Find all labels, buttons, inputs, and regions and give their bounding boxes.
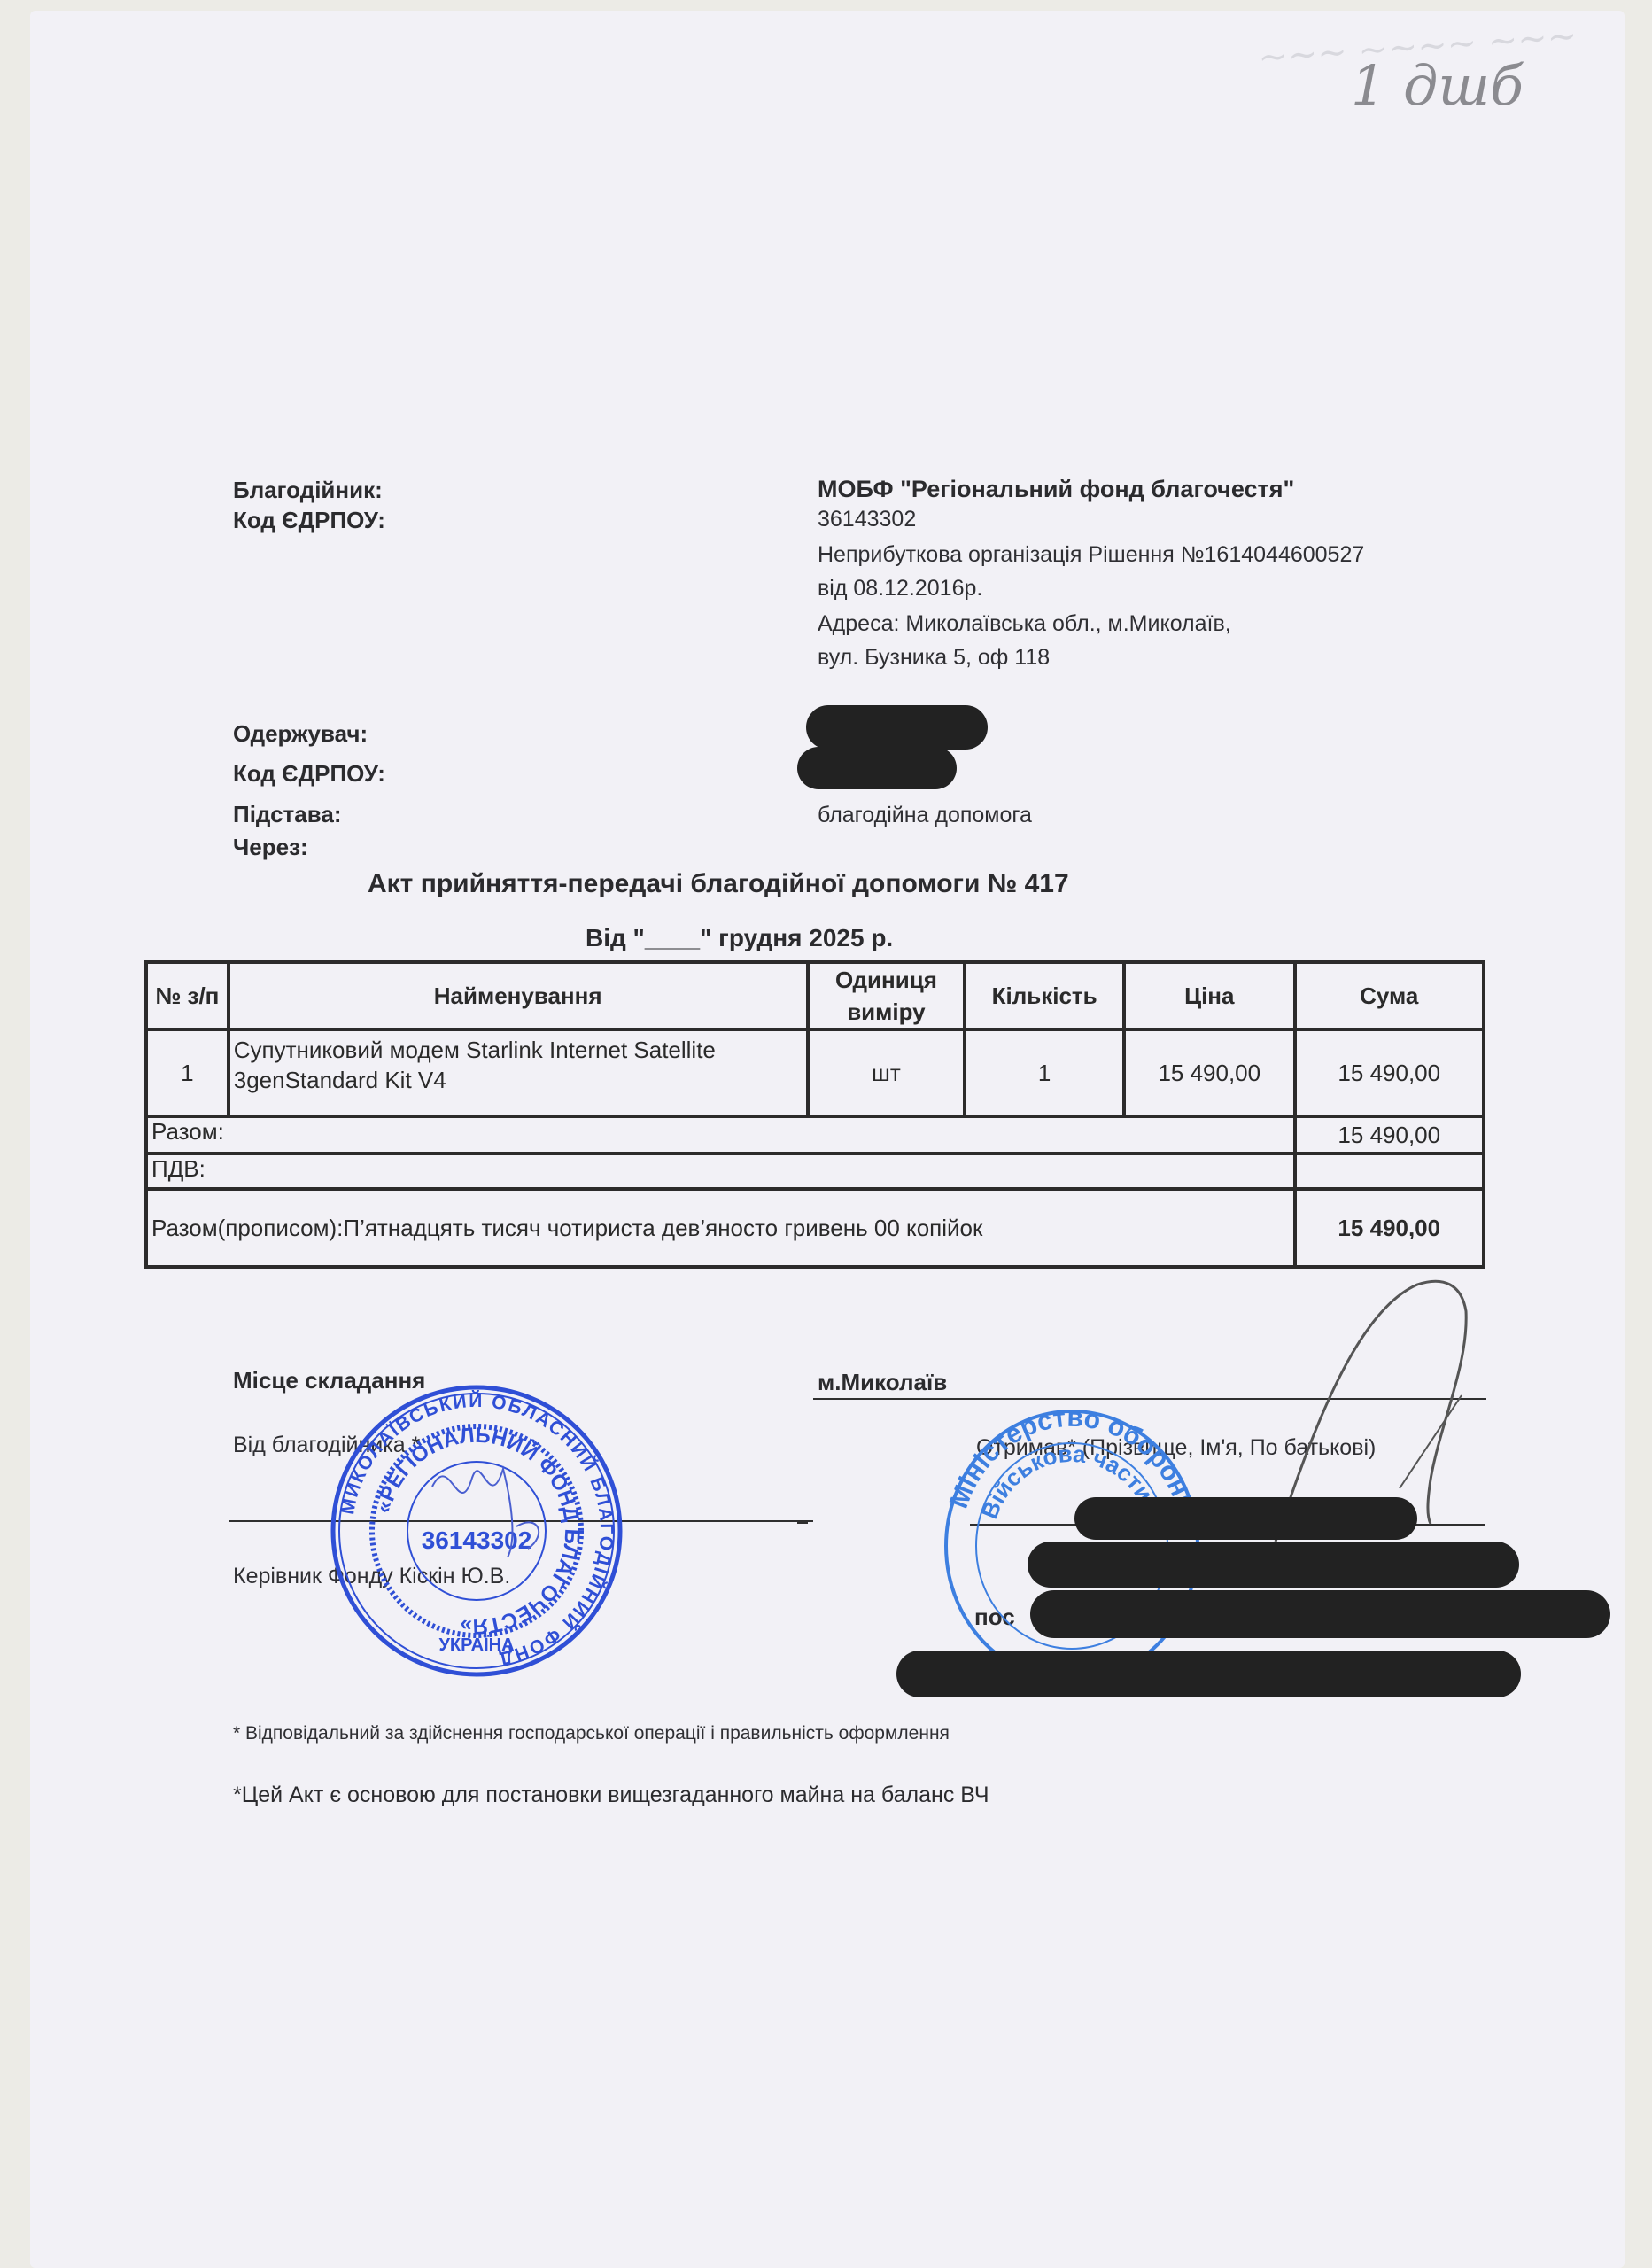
total-in-words: Разом(прописом):П’ятнадцять тисяч чотири… — [146, 1189, 1295, 1267]
header-price: Ціна — [1124, 962, 1295, 1029]
svg-text:УКРАЇНА: УКРАЇНА — [438, 1635, 514, 1655]
row-price: 15 490,00 — [1124, 1029, 1295, 1116]
vat-value — [1295, 1153, 1484, 1189]
act-date: Від "____" грудня 2025 р. — [586, 924, 893, 952]
donor-address-line1: Адреса: Миколаївська обл., м.Миколаїв, — [818, 611, 1231, 637]
items-table: № з/п Найменування Одиниця виміру Кількі… — [144, 960, 1485, 1269]
redaction-recipient-signer — [1074, 1497, 1417, 1540]
recipient-code-label: Код ЄДРПОУ: — [233, 760, 385, 788]
line-fragment — [797, 1522, 808, 1524]
row-sum: 15 490,00 — [1295, 1029, 1484, 1116]
words-row: Разом(прописом):П’ятнадцять тисяч чотири… — [146, 1189, 1484, 1267]
row-num: 1 — [146, 1029, 229, 1116]
row-qty: 1 — [965, 1029, 1124, 1116]
table-row: 1 Супутниковий модем Starlink Internet S… — [146, 1029, 1484, 1116]
donor-code-label: Код ЄДРПОУ: — [233, 507, 385, 534]
basis-value: благодійна допомога — [818, 803, 1032, 828]
donor-status-line2: від 08.12.2016р. — [818, 576, 982, 602]
header-sum: Сума — [1295, 962, 1484, 1029]
donor-code: 36143302 — [818, 507, 916, 532]
basis-label: Підстава: — [233, 801, 341, 828]
donor-address-line2: вул. Бузника 5, оф 118 — [818, 645, 1050, 671]
vat-row: ПДВ: — [146, 1153, 1484, 1189]
redaction-recipient-line4 — [896, 1651, 1521, 1697]
row-name: Супутниковий модем Starlink Internet Sat… — [229, 1029, 808, 1116]
recipient-label: Одержувач: — [233, 720, 368, 748]
total-row: Разом: 15 490,00 — [146, 1116, 1484, 1153]
redaction-recipient-line2 — [1028, 1542, 1519, 1588]
via-label: Через: — [233, 834, 308, 861]
total-value: 15 490,00 — [1295, 1116, 1484, 1153]
donor-label: Благодійник: — [233, 477, 383, 504]
header-unit: Одиниця виміру — [808, 962, 966, 1029]
total-label: Разом: — [146, 1116, 1295, 1153]
table-header-row: № з/п Найменування Одиниця виміру Кількі… — [146, 962, 1484, 1029]
redaction-recipient-code — [797, 747, 957, 789]
vat-label: ПДВ: — [146, 1153, 1295, 1189]
footnote-responsible: * Відповідальний за здійснення господарс… — [233, 1723, 950, 1744]
row-unit: шт — [808, 1029, 966, 1116]
donor-name: МОБФ "Регіональний фонд благочестя" — [818, 476, 1294, 503]
place-value: м.Миколаїв — [818, 1369, 947, 1396]
act-title: Акт прийняття-передачі благодійної допом… — [368, 869, 1069, 899]
donor-status-line1: Неприбуткова організація Рішення №161404… — [818, 542, 1364, 568]
svg-text:36143302: 36143302 — [422, 1526, 532, 1554]
header-name: Найменування — [229, 962, 808, 1029]
total-in-words-value: 15 490,00 — [1295, 1189, 1484, 1267]
redaction-recipient-line3 — [1030, 1590, 1610, 1638]
redaction-recipient-name — [806, 705, 988, 750]
donor-stamp: МИКОЛАЇВСЬКИЙ ОБЛАСНИЙ БЛАГОДІЙНИЙ ФОНД … — [326, 1380, 627, 1682]
header-qty: Кількість — [965, 962, 1124, 1029]
footnote-basis: *Цей Акт є основою для постановки вищезг… — [233, 1783, 989, 1808]
header-num: № з/п — [146, 962, 229, 1029]
